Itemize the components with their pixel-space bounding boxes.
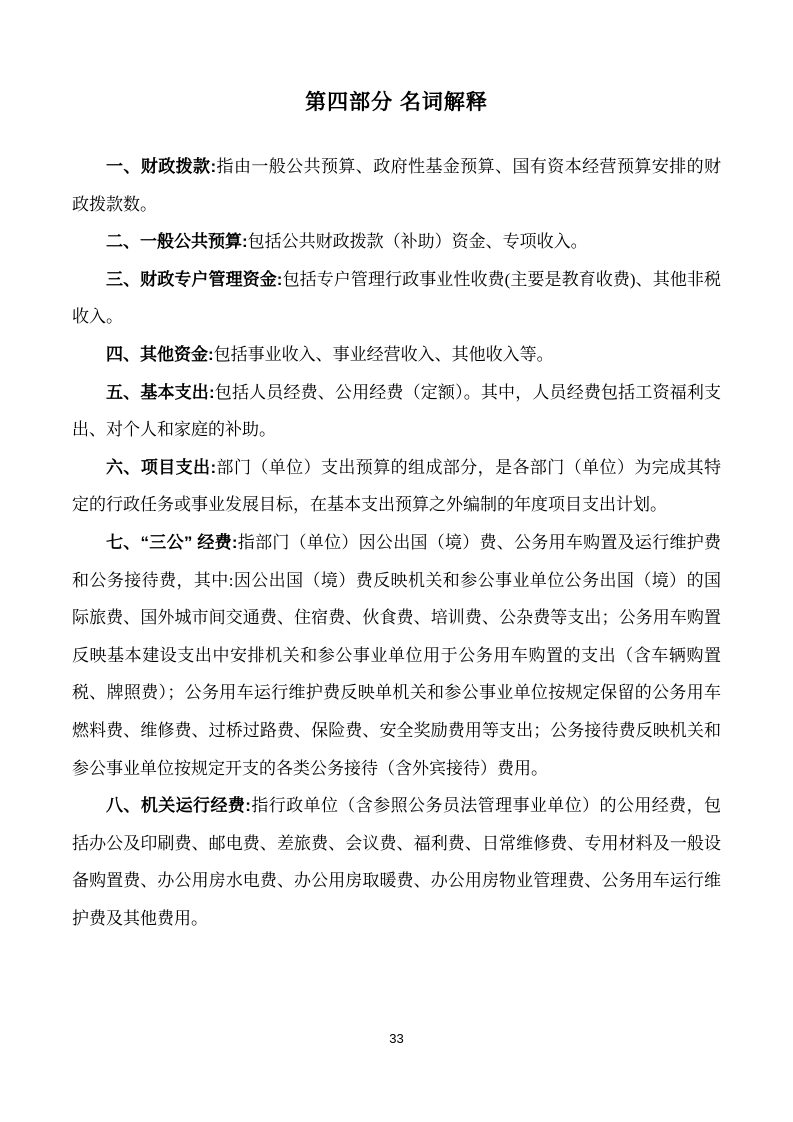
term-lead: 三、财政专户管理资金: [106,270,282,289]
term-lead: 一、财政拨款: [106,157,216,176]
term-paragraph-basic-expenditure: 五、基本支出:包括人员经费、公用经费（定额）。其中，人员经费包括工资福利支出、对… [72,374,721,449]
term-definition: 包括公共财政拨款（补助）资金、专项收入。 [248,232,588,251]
document-body: 一、财政拨款:指由一般公共预算、政府性基金预算、国有资本经营预算安排的财政拨款数… [72,148,721,937]
term-paragraph-project-expenditure: 六、项目支出:部门（单位）支出预算的组成部分，是各部门（单位）为完成其特定的行政… [72,449,721,524]
term-paragraph-three-public-expenses: 七、“三公” 经费:指部门（单位）因公出国（境）费、公务用车购置及运行维护费和公… [72,524,721,787]
term-lead: 四、其他资金: [106,345,214,364]
term-lead: 二、一般公共预算: [106,232,248,251]
term-definition: 指部门（单位）因公出国（境）费、公务用车购置及运行维护费和公务接待费，其中:因公… [72,533,721,778]
document-page: 第四部分 名词解释 一、财政拨款:指由一般公共预算、政府性基金预算、国有资本经营… [0,0,793,1122]
page-title: 第四部分 名词解释 [72,88,721,118]
term-lead: 八、机关运行经费: [106,796,251,815]
term-lead: 七、“三公” 经费: [106,533,238,552]
term-paragraph-special-account-funds: 三、财政专户管理资金:包括专户管理行政事业性收费(主要是教育收费)、其他非税收入… [72,261,721,336]
term-paragraph-fiscal-appropriation: 一、财政拨款:指由一般公共预算、政府性基金预算、国有资本经营预算安排的财政拨款数… [72,148,721,223]
term-lead: 六、项目支出: [106,458,216,477]
term-paragraph-general-public-budget: 二、一般公共预算:包括公共财政拨款（补助）资金、专项收入。 [72,223,721,261]
term-paragraph-other-funds: 四、其他资金:包括事业收入、事业经营收入、其他收入等。 [72,336,721,374]
term-definition: 指行政单位（含参照公务员法管理事业单位）的公用经费，包括办公及印刷费、邮电费、差… [72,796,721,928]
term-definition: 包括事业收入、事业经营收入、其他收入等。 [214,345,554,364]
term-lead: 五、基本支出: [106,383,215,402]
term-paragraph-agency-operating-funds: 八、机关运行经费:指行政单位（含参照公务员法管理事业单位）的公用经费，包括办公及… [72,787,721,937]
page-number: 33 [0,1031,793,1046]
